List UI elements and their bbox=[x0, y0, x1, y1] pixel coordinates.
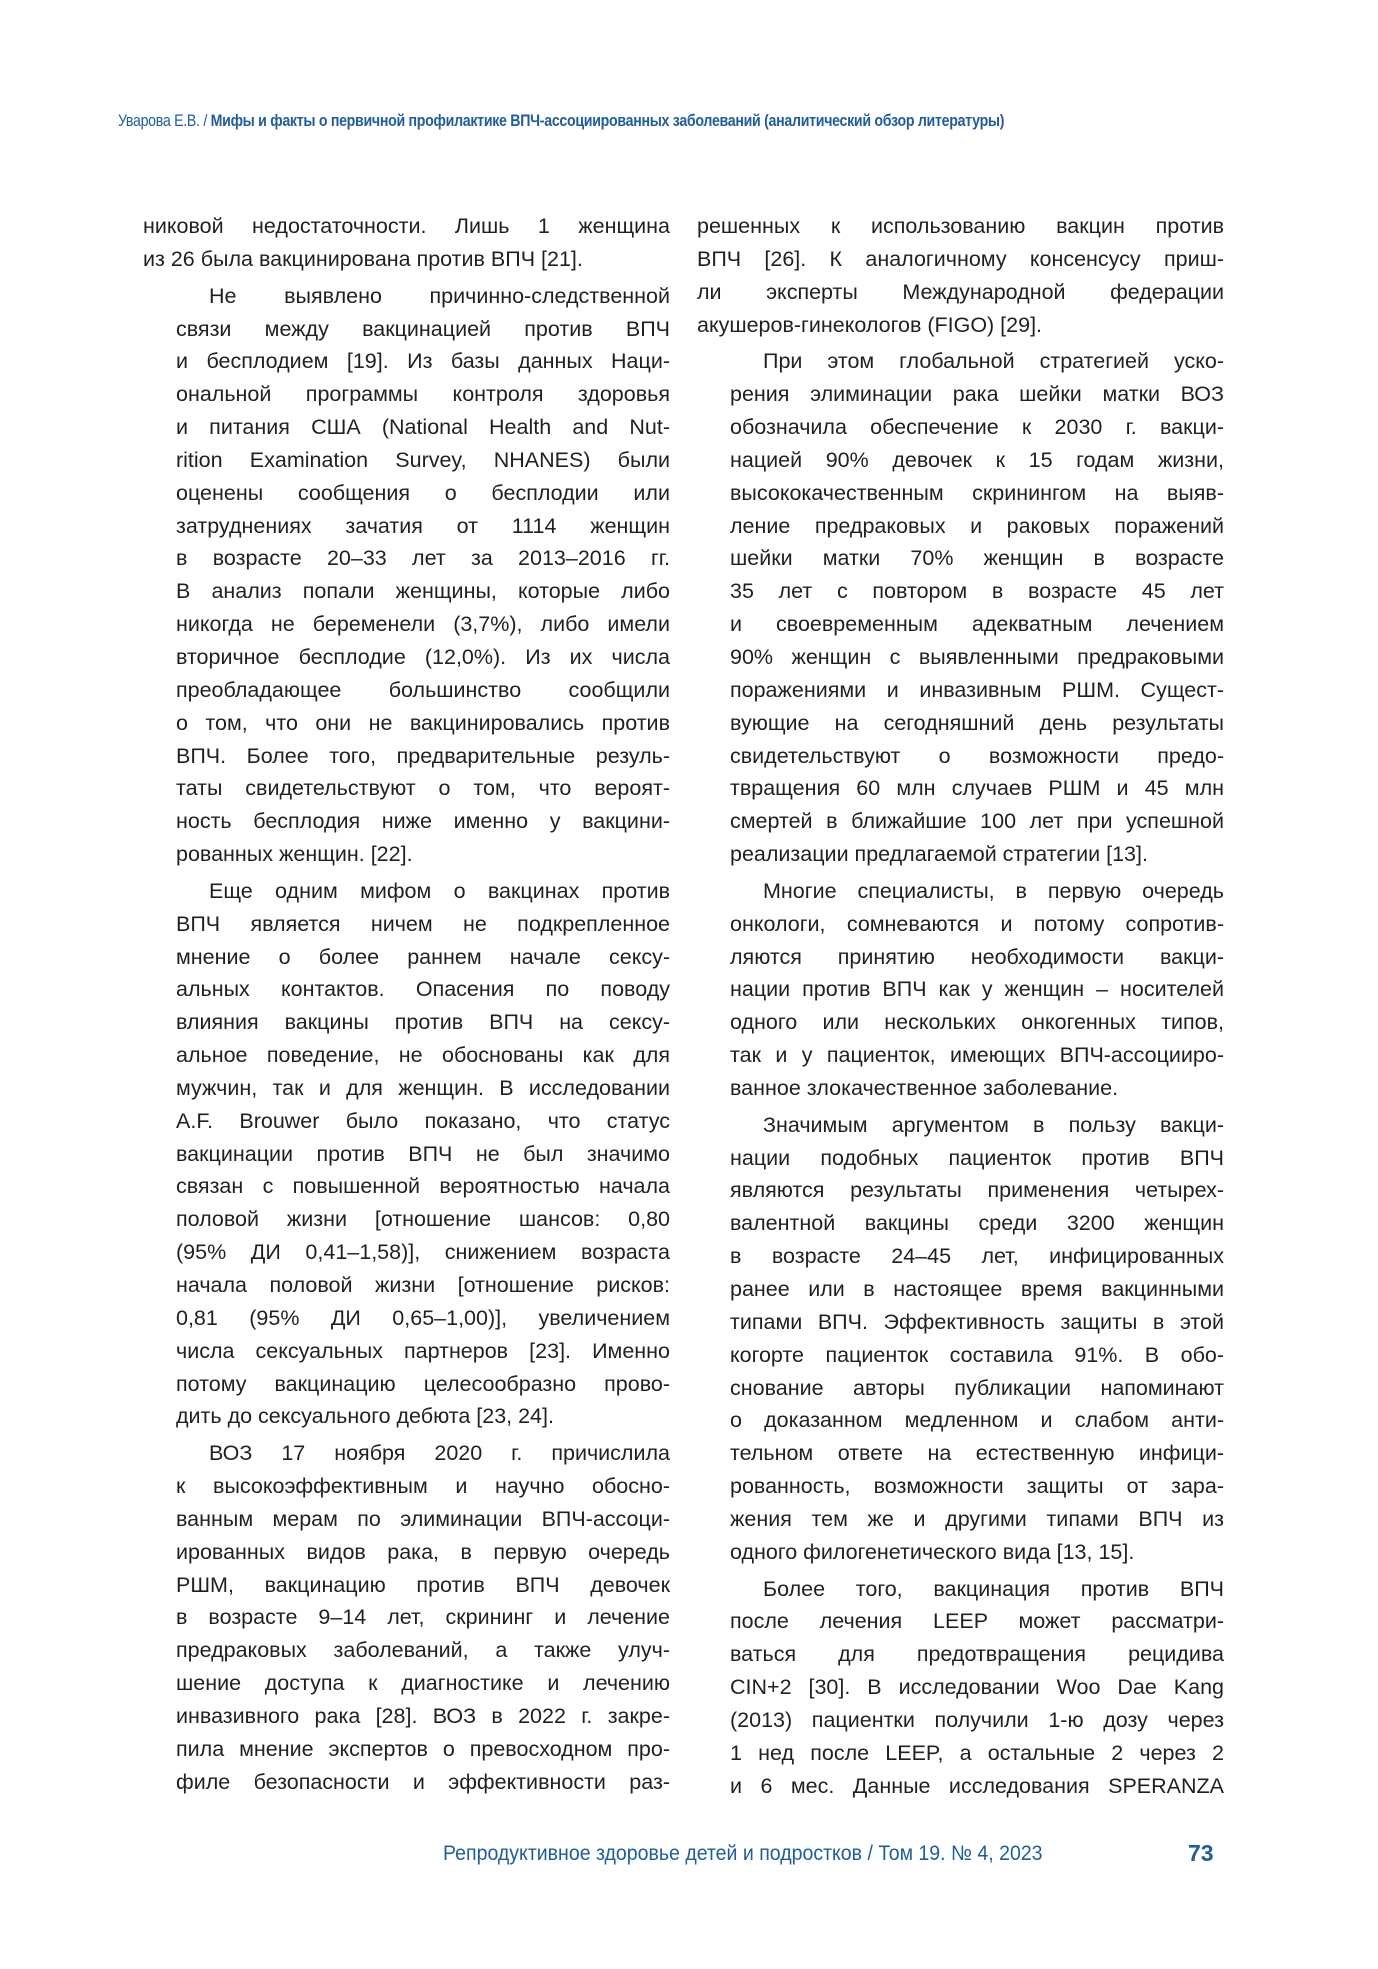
text-line: ранее или в настоящее время вакцинными bbox=[697, 1273, 1224, 1306]
text-line: после лечения LEEP может рассматри- bbox=[697, 1605, 1224, 1638]
text-line: свидетельствуют о возможности предо- bbox=[697, 740, 1224, 773]
text-line: в возрасте 9–14 лет, скрининг и лечение bbox=[143, 1601, 670, 1634]
text-line: филе безопасности и эффективности раз- bbox=[143, 1766, 670, 1799]
text-line: решенных к использованию вакцин против bbox=[697, 210, 1224, 243]
text-line: затруднениях зачатия от 1114 женщин bbox=[143, 510, 670, 543]
text-line: ированных видов рака, в первую очередь bbox=[143, 1536, 670, 1569]
text-line: ональной программы контроля здоровья bbox=[143, 378, 670, 411]
text-line: 35 лет с повтором в возрасте 45 лет bbox=[697, 575, 1224, 608]
text-line: высококачественным скринингом на выяв- bbox=[697, 477, 1224, 510]
text-line: ВПЧ [26]. К аналогичному консенсусу приш… bbox=[697, 243, 1224, 276]
text-line: пила мнение экспертов о превосходном про… bbox=[143, 1733, 670, 1766]
text-line: и своевременным адекватным лечением bbox=[697, 608, 1224, 641]
text-line: Не выявлено причинно-следственной bbox=[143, 280, 670, 313]
text-line: Более того, вакцинация против ВПЧ bbox=[697, 1573, 1224, 1606]
running-head-separator: / bbox=[200, 112, 211, 130]
text-line: таты свидетельствуют о том, что вероят- bbox=[143, 772, 670, 805]
text-line: являются результаты применения четырех- bbox=[697, 1174, 1224, 1207]
text-line: ление предраковых и раковых поражений bbox=[697, 510, 1224, 543]
text-line: преобладающее большинство сообщили bbox=[143, 674, 670, 707]
text-line: мужчин, так и для женщин. В исследовании bbox=[143, 1072, 670, 1105]
text-line: Многие специалисты, в первую очередь bbox=[697, 875, 1224, 908]
text-line: рованность, возможности защиты от зара- bbox=[697, 1470, 1224, 1503]
page-footer: Репродуктивное здоровье детей и подростк… bbox=[443, 1842, 1243, 1866]
text-line: вторичное бесплодие (12,0%). Из их числа bbox=[143, 641, 670, 674]
paragraph: При этом глобальной стратегией уско-рени… bbox=[697, 345, 1224, 871]
text-line: Значимым аргументом в пользу вакци- bbox=[697, 1109, 1224, 1142]
right-text-column: решенных к использованию вакцин противВП… bbox=[697, 210, 1224, 1803]
text-line: связан с повышенной вероятностью начала bbox=[143, 1170, 670, 1203]
text-line: рения элиминации рака шейки матки ВОЗ bbox=[697, 378, 1224, 411]
text-line: Еще одним мифом о вакцинах против bbox=[143, 875, 670, 908]
text-line: поражениями и инвазивным РШМ. Сущест- bbox=[697, 674, 1224, 707]
text-line: вакцинации против ВПЧ не был значимо bbox=[143, 1138, 670, 1171]
paragraph: решенных к использованию вакцин противВП… bbox=[697, 210, 1224, 341]
text-line: В анализ попали женщины, которые либо bbox=[143, 575, 670, 608]
running-head-author: Уварова Е.В. bbox=[118, 112, 200, 130]
paragraph: Значимым аргументом в пользу вакци-нации… bbox=[697, 1109, 1224, 1569]
running-head-article-title: Мифы и факты о первичной профилактике ВП… bbox=[211, 112, 1005, 130]
text-line: нации подобных пациенток против ВПЧ bbox=[697, 1142, 1224, 1175]
text-line: начала половой жизни [отношение рисков: bbox=[143, 1269, 670, 1302]
text-line: шейки матки 70% женщин в возрасте bbox=[697, 542, 1224, 575]
text-line: A.F. Brouwer было показано, что статус bbox=[143, 1105, 670, 1138]
running-head: Уварова Е.В. / Мифы и факты о первичной … bbox=[118, 112, 1107, 131]
paragraph: ВОЗ 17 ноября 2020 г. причислилак высоко… bbox=[143, 1437, 670, 1798]
text-line: мнение о более раннем начале сексу- bbox=[143, 941, 670, 974]
text-line: ванное злокачественное заболевание. bbox=[697, 1072, 1224, 1105]
text-line: нацией 90% девочек к 15 годам жизни, bbox=[697, 444, 1224, 477]
text-line: валентной вакцины среди 3200 женщин bbox=[697, 1207, 1224, 1240]
text-line: 0,81 (95% ДИ 0,65–1,00)], увеличением bbox=[143, 1302, 670, 1335]
text-line: половой жизни [отношение шансов: 0,80 bbox=[143, 1203, 670, 1236]
text-line: в возрасте 20–33 лет за 2013–2016 гг. bbox=[143, 542, 670, 575]
text-line: акушеров-гинекологов (FIGO) [29]. bbox=[697, 309, 1224, 342]
text-line: числа сексуальных партнеров [23]. Именно bbox=[143, 1335, 670, 1368]
text-line: жения тем же и другими типами ВПЧ из bbox=[697, 1503, 1224, 1536]
text-line: ВПЧ является ничем не подкрепленное bbox=[143, 908, 670, 941]
text-line: когорте пациенток составила 91%. В обо- bbox=[697, 1339, 1224, 1372]
text-line: ность бесплодия ниже именно у вакцини- bbox=[143, 805, 670, 838]
text-line: ВОЗ 17 ноября 2020 г. причислила bbox=[143, 1437, 670, 1470]
text-line: никогда не беременели (3,7%), либо имели bbox=[143, 608, 670, 641]
text-line: смертей в ближайшие 100 лет при успешной bbox=[697, 805, 1224, 838]
paragraph: Не выявлено причинно-следственнойсвязи м… bbox=[143, 280, 670, 871]
text-line: ляются принятию необходимости вакци- bbox=[697, 941, 1224, 974]
text-line: влияния вакцины против ВПЧ на сексу- bbox=[143, 1006, 670, 1039]
paragraph: Многие специалисты, в первую очередьонко… bbox=[697, 875, 1224, 1105]
text-line: CIN+2 [30]. В исследовании Woo Dae Kang bbox=[697, 1671, 1224, 1704]
text-line: тельном ответе на естественную инфици- bbox=[697, 1437, 1224, 1470]
text-line: к высокоэффективным и научно обосно- bbox=[143, 1470, 670, 1503]
text-line: (95% ДИ 0,41–1,58)], снижением возраста bbox=[143, 1236, 670, 1269]
text-line: и 6 мес. Данные исследования SPERANZA bbox=[697, 1770, 1224, 1803]
text-line: из 26 была вакцинирована против ВПЧ [21]… bbox=[143, 243, 670, 276]
text-line: обозначила обеспечение к 2030 г. вакци- bbox=[697, 411, 1224, 444]
text-line: альное поведение, не обоснованы как для bbox=[143, 1039, 670, 1072]
text-line: одного или нескольких онкогенных типов, bbox=[697, 1006, 1224, 1039]
text-line: и питания США (National Health and Nut- bbox=[143, 411, 670, 444]
text-line: одного филогенетического вида [13, 15]. bbox=[697, 1536, 1224, 1569]
paragraph: Более того, вакцинация против ВПЧпосле л… bbox=[697, 1573, 1224, 1803]
text-line: типами ВПЧ. Эффективность защиты в этой bbox=[697, 1306, 1224, 1339]
text-line: никовой недостаточности. Лишь 1 женщина bbox=[143, 210, 670, 243]
text-line: связи между вакцинацией против ВПЧ bbox=[143, 313, 670, 346]
paragraph: никовой недостаточности. Лишь 1 женщинаи… bbox=[143, 210, 670, 276]
text-line: 1 нед после LEEP, а остальные 2 через 2 bbox=[697, 1737, 1224, 1770]
text-line: предраковых заболеваний, а также улуч- bbox=[143, 1634, 670, 1667]
text-line: потому вакцинацию целесообразно прово- bbox=[143, 1368, 670, 1401]
text-line: в возрасте 24–45 лет, инфицированных bbox=[697, 1240, 1224, 1273]
text-line: дить до сексуального дебюта [23, 24]. bbox=[143, 1400, 670, 1433]
paragraph: Еще одним мифом о вакцинах противВПЧ явл… bbox=[143, 875, 670, 1433]
text-line: ваться для предотвращения рецидива bbox=[697, 1638, 1224, 1671]
text-line: о том, что они не вакцинировались против bbox=[143, 707, 670, 740]
text-line: оценены сообщения о бесплодии или bbox=[143, 477, 670, 510]
text-line: рованных женщин. [22]. bbox=[143, 838, 670, 871]
text-line: альных контактов. Опасения по поводу bbox=[143, 973, 670, 1006]
text-line: rition Examination Survey, NHANES) были bbox=[143, 444, 670, 477]
page-number: 73 bbox=[1188, 1840, 1214, 1867]
text-line: ванным мерам по элиминации ВПЧ-ассоци- bbox=[143, 1503, 670, 1536]
text-line: твращения 60 млн случаев РШМ и 45 млн bbox=[697, 772, 1224, 805]
text-line: так и у пациенток, имеющих ВПЧ-ассоцииро… bbox=[697, 1039, 1224, 1072]
text-line: ли эксперты Международной федерации bbox=[697, 276, 1224, 309]
text-line: онкологи, сомневаются и потому сопротив- bbox=[697, 908, 1224, 941]
text-line: реализации предлагаемой стратегии [13]. bbox=[697, 838, 1224, 871]
text-line: (2013) пациентки получили 1-ю дозу через bbox=[697, 1704, 1224, 1737]
text-line: При этом глобальной стратегией уско- bbox=[697, 345, 1224, 378]
text-line: ВПЧ. Более того, предварительные резуль- bbox=[143, 740, 670, 773]
text-line: вующие на сегодняшний день результаты bbox=[697, 707, 1224, 740]
text-line: 90% женщин с выявленными предраковыми bbox=[697, 641, 1224, 674]
text-line: инвазивного рака [28]. ВОЗ в 2022 г. зак… bbox=[143, 1700, 670, 1733]
footer-journal-citation: Репродуктивное здоровье детей и подростк… bbox=[443, 1842, 1043, 1866]
left-text-column: никовой недостаточности. Лишь 1 женщинаи… bbox=[143, 210, 670, 1799]
text-line: РШМ, вакцинацию против ВПЧ девочек bbox=[143, 1569, 670, 1602]
text-line: шение доступа к диагностике и лечению bbox=[143, 1667, 670, 1700]
text-line: и бесплодием [19]. Из базы данных Наци- bbox=[143, 345, 670, 378]
text-line: снование авторы публикации напоминают bbox=[697, 1372, 1224, 1405]
text-line: о доказанном медленном и слабом анти- bbox=[697, 1404, 1224, 1437]
text-line: нации против ВПЧ как у женщин – носителе… bbox=[697, 973, 1224, 1006]
